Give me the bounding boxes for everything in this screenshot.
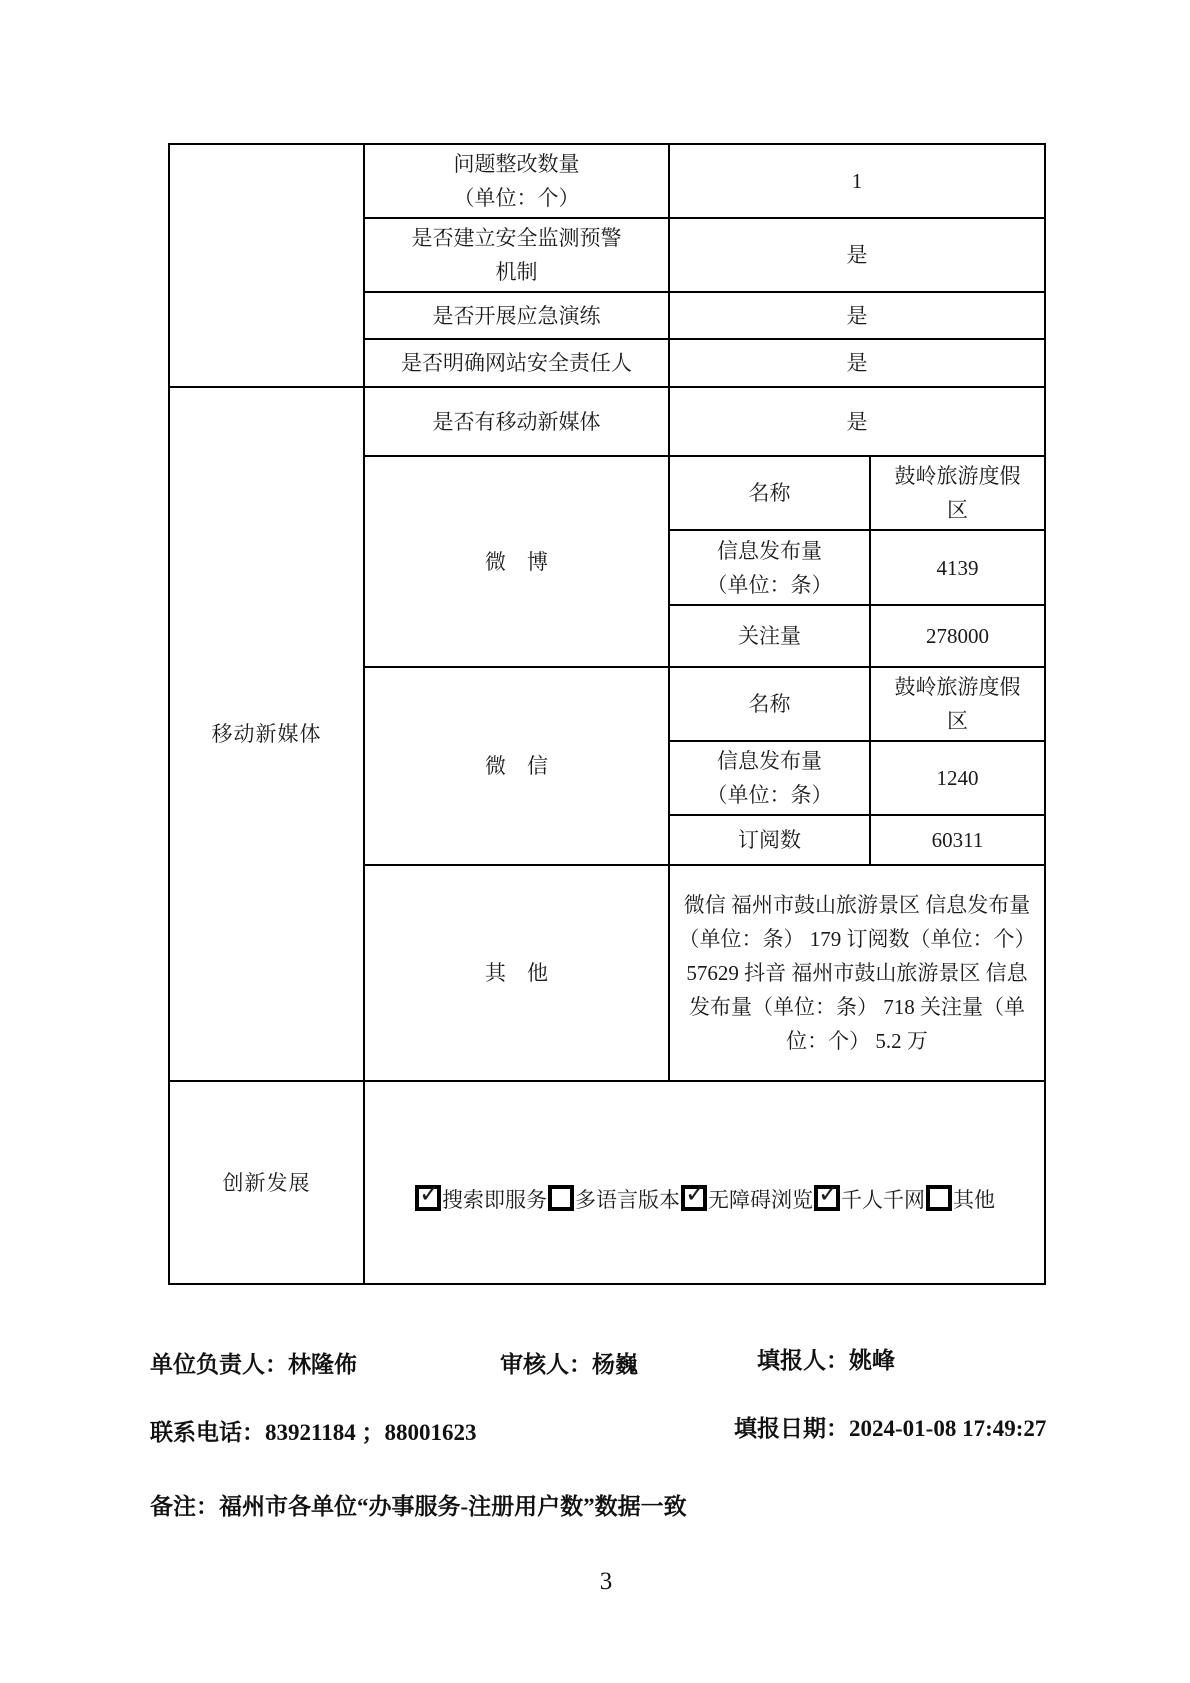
rectification-count-label: 问题整改数量 （单位：个） bbox=[364, 144, 669, 218]
option-personalized: ✓千人千网 bbox=[813, 1183, 925, 1217]
security-person-label: 是否明确网站安全责任人 bbox=[364, 339, 669, 387]
weibo-followers-value: 278000 bbox=[870, 605, 1045, 667]
weibo-name-label: 名称 bbox=[669, 456, 870, 530]
document-page: 问题整改数量 （单位：个） 1 是否建立安全监测预警 机制 是 是否开展应急演练… bbox=[0, 0, 1190, 1683]
option-multilingual: 多语言版本 bbox=[547, 1183, 680, 1217]
innovation-options: ✓搜索即服务多语言版本✓无障碍浏览✓千人千网其他 bbox=[364, 1081, 1045, 1284]
weibo-posts-value: 4139 bbox=[870, 530, 1045, 605]
category-innovation: 创新发展 bbox=[169, 1081, 364, 1284]
option-label: 搜索即服务 bbox=[442, 1188, 547, 1212]
monitor-warning-label: 是否建立安全监测预警 机制 bbox=[364, 218, 669, 292]
option-label: 千人千网 bbox=[841, 1188, 925, 1212]
table-row: 问题整改数量 （单位：个） 1 bbox=[169, 144, 1045, 218]
contact-phone: 联系电话：83921184 ；88001623 bbox=[150, 1414, 476, 1447]
has-mobile-label: 是否有移动新媒体 bbox=[364, 387, 669, 456]
category-cell-blank bbox=[169, 144, 364, 387]
weibo-name-value: 鼓岭旅游度假 区 bbox=[870, 456, 1045, 530]
option-accessibility: ✓无障碍浏览 bbox=[680, 1183, 813, 1217]
emergency-drill-label: 是否开展应急演练 bbox=[364, 292, 669, 339]
option-label: 无障碍浏览 bbox=[708, 1188, 813, 1212]
option-label: 其他 bbox=[953, 1188, 995, 1212]
weibo-posts-label: 信息发布量 （单位：条） bbox=[669, 530, 870, 605]
monitor-warning-value: 是 bbox=[669, 218, 1045, 292]
other-media-detail: 微信 福州市鼓山旅游景区 信息发布量（单位：条） 179 订阅数（单位：个） 5… bbox=[669, 865, 1045, 1081]
other-media-cell: 其 他 bbox=[364, 865, 669, 1081]
wechat-cell: 微 信 bbox=[364, 667, 669, 865]
reviewer: 审核人：杨巍 bbox=[500, 1346, 638, 1379]
table-row: 创新发展 ✓搜索即服务多语言版本✓无障碍浏览✓千人千网其他 bbox=[169, 1081, 1045, 1284]
option-other: 其他 bbox=[925, 1183, 995, 1217]
weibo-followers-label: 关注量 bbox=[669, 605, 870, 667]
checkbox-multilingual-icon bbox=[548, 1185, 574, 1211]
wechat-posts-label: 信息发布量 （单位：条） bbox=[669, 741, 870, 815]
wechat-subscribers-value: 60311 bbox=[870, 815, 1045, 865]
rectification-count-value: 1 bbox=[669, 144, 1045, 218]
has-mobile-value: 是 bbox=[669, 387, 1045, 456]
emergency-drill-value: 是 bbox=[669, 292, 1045, 339]
report-table: 问题整改数量 （单位：个） 1 是否建立安全监测预警 机制 是 是否开展应急演练… bbox=[168, 143, 1046, 1285]
option-label: 多语言版本 bbox=[575, 1188, 680, 1212]
checkbox-personalized-icon: ✓ bbox=[814, 1185, 840, 1211]
checkbox-accessibility-icon: ✓ bbox=[681, 1185, 707, 1211]
report-date: 填报日期：2024-01-08 17:49:27 bbox=[734, 1410, 1046, 1443]
checkbox-other-icon bbox=[926, 1185, 952, 1211]
option-search-as-service: ✓搜索即服务 bbox=[414, 1183, 547, 1217]
page-number: 3 bbox=[168, 1568, 1044, 1596]
filler: 填报人：姚峰 bbox=[757, 1342, 895, 1375]
table-row: 移动新媒体 是否有移动新媒体 是 bbox=[169, 387, 1045, 456]
wechat-posts-value: 1240 bbox=[870, 741, 1045, 815]
security-person-value: 是 bbox=[669, 339, 1045, 387]
remark-note: 备注：福州市各单位“办事服务-注册用户数”数据一致 bbox=[150, 1488, 687, 1521]
wechat-name-value: 鼓岭旅游度假 区 bbox=[870, 667, 1045, 741]
wechat-subscribers-label: 订阅数 bbox=[669, 815, 870, 865]
category-mobile-media: 移动新媒体 bbox=[169, 387, 364, 1081]
wechat-name-label: 名称 bbox=[669, 667, 870, 741]
weibo-cell: 微 博 bbox=[364, 456, 669, 667]
checkbox-search-as-service-icon: ✓ bbox=[415, 1185, 441, 1211]
unit-responsible-person: 单位负责人：林隆佈 bbox=[150, 1346, 357, 1379]
